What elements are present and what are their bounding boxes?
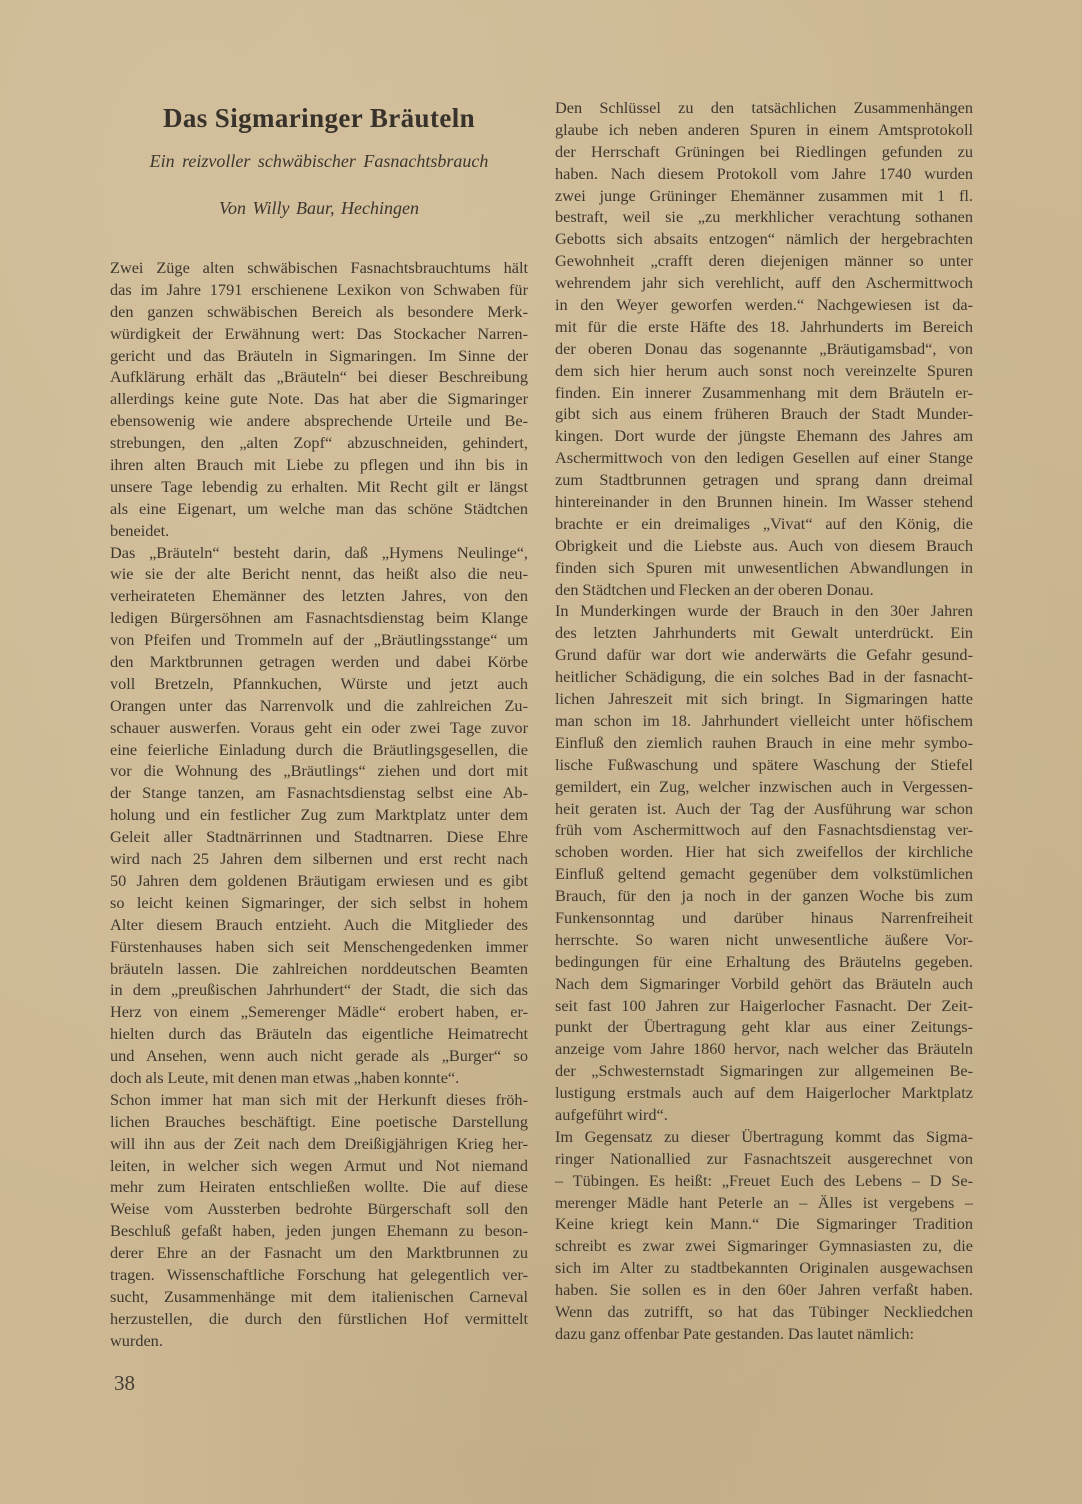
text-line: derer Ehre an der Fasnacht um den Marktb…	[110, 1242, 528, 1264]
text-line: gibt sich aus einem früheren Brauch der …	[555, 403, 973, 425]
text-line: wie sie der alte Bericht nennt, das heiß…	[110, 563, 528, 585]
text-line: Das „Bräuteln“ besteht darin, daß „Hymen…	[110, 542, 528, 564]
text-line: gericht und das Bräuteln in Sigmaringen.…	[110, 345, 528, 367]
text-line: tragen. Wissenschaftliche Forschung hat …	[110, 1264, 528, 1286]
text-line: bestraft, weil sie „zu merkhlicher verac…	[555, 206, 973, 228]
text-line: Nach dem Sigmaringer Vorbild gehört das …	[555, 973, 973, 995]
text-line: und Ansehen, wenn auch nicht gerade als …	[110, 1045, 528, 1067]
text-line: Aufklärung erhält das „Bräuteln“ bei die…	[110, 366, 528, 388]
text-line: herzustellen, die durch den fürstlichen …	[110, 1308, 528, 1330]
paragraph: Zwei Züge alten schwäbischen Fasnachtsbr…	[110, 257, 528, 542]
text-line: mehr zum Heiraten entschließen wollte. D…	[110, 1176, 528, 1198]
text-line: Schon immer hat man sich mit der Herkunf…	[110, 1089, 528, 1111]
text-line: Gewohnheit „crafft deren diejenigen männ…	[555, 250, 973, 272]
text-line: der Stange tanzen, am Fasnachtsdienstag …	[110, 782, 528, 804]
text-line: ledigen Bürgersöhnen am Fasnachtsdiensta…	[110, 607, 528, 629]
text-line: haben. Nach diesem Protokoll vom Jahre 1…	[555, 163, 973, 185]
text-line: allerdings keine gute Note. Das hat aber…	[110, 388, 528, 410]
text-line: In Munderkingen wurde der Brauch in den …	[555, 600, 973, 622]
text-line: der oberen Donau das sogenannte „Bräutig…	[555, 338, 973, 360]
text-line: leiten, in welcher sich wegen Armut und …	[110, 1155, 528, 1177]
text-line: Einfluß geltend gemacht gegenüber dem vo…	[555, 863, 973, 885]
text-line: Wenn das zutrifft, so hat das Tübinger N…	[555, 1301, 973, 1323]
text-line: – Tübingen. Es heißt: „Freuet Euch des L…	[555, 1170, 973, 1192]
text-line: lichen Brauches beschäftigt. Eine poetis…	[110, 1111, 528, 1133]
text-line: brachte er ein dreimaliges „Vivat“ auf d…	[555, 513, 973, 535]
paragraph: Den Schlüssel zu den tatsächlichen Zusam…	[555, 97, 973, 600]
text-line: will ihn aus der Zeit nach dem Dreißigjä…	[110, 1133, 528, 1155]
text-line: Beschluß gefaßt haben, jeden jungen Ehem…	[110, 1220, 528, 1242]
text-line: unsere Tage lebendig zu erhalten. Mit Re…	[110, 476, 528, 498]
text-line: finden. Ein innerer Zusammenhang mit dem…	[555, 382, 973, 404]
text-line: Obrigkeit und die Liebste aus. Auch von …	[555, 535, 973, 557]
text-line: sich im Alter zu stadtbekannten Original…	[555, 1257, 973, 1279]
text-column-right: Den Schlüssel zu den tatsächlichen Zusam…	[555, 97, 973, 1345]
text-line: glaube ich neben anderen Spuren in einem…	[555, 119, 973, 141]
text-line: des letzten Jahrhunderts mit Gewalt unte…	[555, 622, 973, 644]
text-line: heit geraten ist. Auch der Tag der Ausfü…	[555, 798, 973, 820]
text-line: lustigung erstmals auch auf dem Haigerlo…	[555, 1082, 973, 1104]
text-line: sucht, Zusammenhänge mit dem italienisch…	[110, 1286, 528, 1308]
text-line: verheirateten Ehemänner des letzten Jahr…	[110, 585, 528, 607]
paragraph: Das „Bräuteln“ besteht darin, daß „Hymen…	[110, 542, 528, 1089]
text-line: Im Gegensatz zu dieser Übertragung kommt…	[555, 1126, 973, 1148]
article-subtitle: Ein reizvoller schwäbischer Fasnachtsbra…	[110, 149, 528, 174]
text-line: lichen Jahreszeit mit sich bringt. In Si…	[555, 688, 973, 710]
text-line: in dem „preußischen Jahrhundert“ der Sta…	[110, 979, 528, 1001]
text-line: punkt der Übertragung geht klar aus eine…	[555, 1016, 973, 1038]
text-line: Einfluß den ziemlich rauhen Brauch in ei…	[555, 732, 973, 754]
text-line: herrschte. So waren nicht unwesentliche …	[555, 929, 973, 951]
text-line: beneidet.	[110, 520, 528, 542]
text-line: Alter diesem Brauch entzieht. Auch die M…	[110, 914, 528, 936]
text-line: den ganzen schwäbischen Bereich als beso…	[110, 301, 528, 323]
text-line: merenger Mädle hant Peterle an – Älles i…	[555, 1192, 973, 1214]
text-line: den Marktbrunnen getragen werden und dab…	[110, 651, 528, 673]
text-line: schoben worden. Hier hat sich zweifellos…	[555, 841, 973, 863]
text-line: Gebotts sich absaits entzogen“ nämlich d…	[555, 228, 973, 250]
text-line: Orangen unter das Narrenvolk und die zah…	[110, 695, 528, 717]
text-line: mit für die erste Häfte des 18. Jahrhund…	[555, 316, 973, 338]
text-line: schreibt es zwar zwei Sigmaringer Gymnas…	[555, 1235, 973, 1257]
text-line: ringer Nationallied zur Fasnachtszeit au…	[555, 1148, 973, 1170]
text-line: eine feierliche Einladung durch die Bräu…	[110, 739, 528, 761]
text-line: vor die Wohnung des „Bräutlings“ ziehen …	[110, 760, 528, 782]
text-line: der Herrschaft Grüningen bei Riedlingen …	[555, 141, 973, 163]
text-line: zwei junge Grüninger Ehemänner zusammen …	[555, 185, 973, 207]
scanned-page: Das Sigmaringer Bräuteln Ein reizvoller …	[0, 0, 1082, 1504]
paragraph: Im Gegensatz zu dieser Übertragung kommt…	[555, 1126, 973, 1345]
text-line: dem sich hier herum auch sonst noch vere…	[555, 360, 973, 382]
text-line: lische Fußwaschung und spätere Waschung …	[555, 754, 973, 776]
text-line: doch als Leute, mit denen man etwas „hab…	[110, 1067, 528, 1089]
text-line: Zwei Züge alten schwäbischen Fasnachtsbr…	[110, 257, 528, 279]
text-line: Fürstenhauses haben sich seit Menschenge…	[110, 936, 528, 958]
text-line: gemildert, ein Zug, welcher inzwischen a…	[555, 776, 973, 798]
text-line: wehrendem jahr sich verehlicht, auff den…	[555, 272, 973, 294]
text-line: das im Jahre 1791 erschienene Lexikon vo…	[110, 279, 528, 301]
text-line: Funkensonntag und darüber hinaus Narrenf…	[555, 907, 973, 929]
text-line: so leicht keinen Sigmaringer, der sich s…	[110, 892, 528, 914]
text-line: in den Weyer geworfen werden.“ Nachgewie…	[555, 294, 973, 316]
text-line: zum Stadtbrunnen getragen und sprang dan…	[555, 469, 973, 491]
text-column-left: Zwei Züge alten schwäbischen Fasnachtsbr…	[110, 257, 528, 1352]
text-line: kingen. Dort wurde der jüngste Ehemann d…	[555, 425, 973, 447]
text-line: hielten durch das Bräuteln das eigentlic…	[110, 1023, 528, 1045]
text-line: wurden.	[110, 1330, 528, 1352]
text-line: haben. Sie sollen es in den 60er Jahren …	[555, 1279, 973, 1301]
text-line: bedingungen für eine Erhaltung des Bräut…	[555, 951, 973, 973]
text-line: würdigkeit der Erwähnung wert: Das Stock…	[110, 323, 528, 345]
text-line: 50 Jahren dem goldenen Bräutigam erwiese…	[110, 870, 528, 892]
text-line: holung und ein festlicher Zug zum Marktp…	[110, 804, 528, 826]
text-line: Keine kriegt kein Mann.“ Die Sigmaringer…	[555, 1213, 973, 1235]
text-line: als eine Eigenart, um welche man das sch…	[110, 498, 528, 520]
text-line: bräuteln lassen. Die zahlreichen norddeu…	[110, 958, 528, 980]
text-line: früh vom Aschermittwoch auf den Fasnacht…	[555, 819, 973, 841]
text-line: heitlicher Schädigung, die ein solches B…	[555, 666, 973, 688]
text-line: Geleit aller Stadtnärrinnen und Stadtnar…	[110, 826, 528, 848]
text-line: von Pfeifen und Trommeln auf der „Bräutl…	[110, 629, 528, 651]
page-number: 38	[114, 1370, 135, 1396]
text-line: Weise vom Aussterben bedrohte Bürgerscha…	[110, 1198, 528, 1220]
article-byline: Von Willy Baur, Hechingen	[110, 196, 528, 221]
text-line: man schon im 18. Jahrhundert vielleicht …	[555, 710, 973, 732]
text-line: finden sich Spuren mit unwesentlichen Ab…	[555, 557, 973, 579]
text-line: Grund dafür war dort wie anderwärts die …	[555, 644, 973, 666]
text-line: schauer auswerfen. Voraus geht ein oder …	[110, 717, 528, 739]
paragraph: Schon immer hat man sich mit der Herkunf…	[110, 1089, 528, 1352]
article-header: Das Sigmaringer Bräuteln Ein reizvoller …	[110, 100, 528, 221]
text-line: wird nach 25 Jahren dem silbernen und er…	[110, 848, 528, 870]
text-line: ebensowenig wie andere absprechende Urte…	[110, 410, 528, 432]
text-line: dazu ganz offenbar Pate gestanden. Das l…	[555, 1323, 973, 1345]
text-line: Den Schlüssel zu den tatsächlichen Zusam…	[555, 97, 973, 119]
text-line: strebungen, den „alten Zopf“ abzuschneid…	[110, 432, 528, 454]
text-line: hintereinander in den Brunnen hinein. Im…	[555, 491, 973, 513]
paragraph: In Munderkingen wurde der Brauch in den …	[555, 600, 973, 1125]
text-line: den Städtchen und Flecken an der oberen …	[555, 579, 973, 601]
text-line: aufgeführt wird“.	[555, 1104, 973, 1126]
text-line: voll Bretzeln, Pfannkuchen, Würste und j…	[110, 673, 528, 695]
text-line: anzeige vom Jahre 1860 hervor, nach welc…	[555, 1038, 973, 1060]
article-title: Das Sigmaringer Bräuteln	[110, 100, 528, 136]
text-line: Herz von einem „Semerenger Mädle“ erober…	[110, 1001, 528, 1023]
text-line: seit fast 100 Jahren zur Haigerlocher Fa…	[555, 995, 973, 1017]
text-line: Aschermittwoch von den ledigen Gesellen …	[555, 447, 973, 469]
text-line: der „Schwesternstadt Sigmaringen zur all…	[555, 1060, 973, 1082]
text-line: Brauch, für den ja noch in der ganzen Wo…	[555, 885, 973, 907]
text-line: ihren alten Brauch mit Liebe zu pflegen …	[110, 454, 528, 476]
